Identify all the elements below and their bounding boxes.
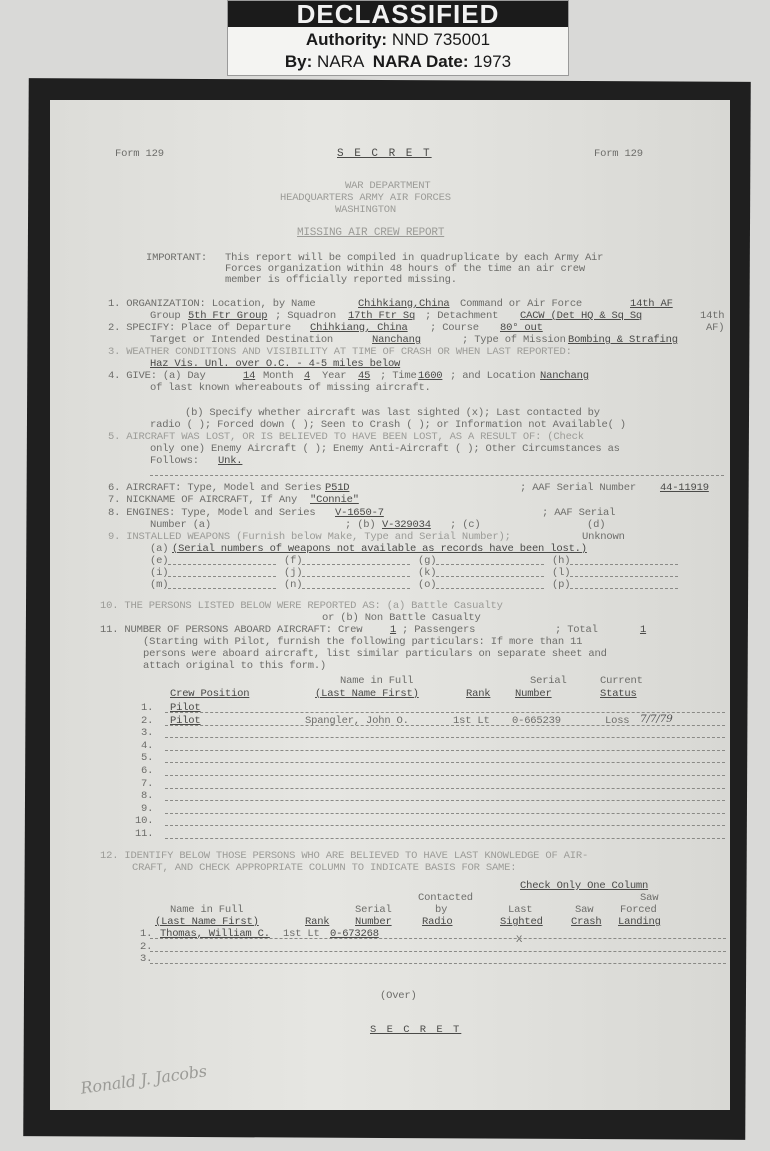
item-1-det-label: ; Detachment [425,310,498,322]
col-header: Radio [422,916,453,928]
blank-line [436,588,544,589]
item-2-type-label: ; Type of Mission [462,334,566,346]
item-4-text: of last known whereabouts of missing air… [150,382,431,394]
item-1-command: 14th AF [630,298,673,310]
item-1-squadron: 17th Ftr Sq [348,310,415,322]
weapon-slot-label: (h) [552,555,570,567]
weapon-slot-label: (e) [150,555,168,567]
item-4-month: 4 [304,370,310,382]
row-number: 10. [135,815,153,827]
weapon-slot-label: (p) [552,579,570,591]
item-11-pass-label: ; Passengers [402,624,475,636]
item-5-text: Follows: [150,455,199,467]
item-1-group-label: Group [150,310,181,322]
item-4-day: 14 [243,370,255,382]
dept-line-1: WAR DEPARTMENT [345,180,430,192]
blank-line [570,576,678,577]
col-header: Rank [466,688,490,700]
weapon-slot-label: (k) [418,567,436,579]
item-8-label: 8. ENGINES: Type, Model and Series [108,507,315,519]
blank-line [150,951,726,952]
col-header: Saw [640,892,658,904]
item-4-location: Nanchang [540,370,589,382]
weapon-slot-label: (g) [418,555,436,567]
item-8-text: (d) [587,519,605,531]
blank-line [302,564,410,565]
blank-line [165,762,725,763]
stamp-by: By: NARA NARA Date: 1973 [228,52,568,72]
row-number: 11. [135,828,153,840]
item-6-serial-label: ; AAF Serial Number [520,482,636,494]
blank-line [165,838,725,839]
classification-bottom: S E C R E T [370,1024,461,1036]
col-header: Status [600,688,637,700]
item-2-mission-type: Bombing & Strafing [568,334,678,346]
col-header: Last [508,904,532,916]
col-header: Current [600,675,643,687]
important-label: IMPORTANT: [146,252,207,264]
item-8-text: ; (b) [345,519,376,531]
item-12-label: 12. IDENTIFY BELOW THOSE PERSONS WHO ARE… [100,850,588,862]
handwritten-note: 7/7/79 [640,713,673,725]
weapon-slot-label: (n) [284,579,302,591]
row-number: 5. [141,752,153,764]
weapon-slot-label: (f) [284,555,302,567]
dept-line-3: WASHINGTON [335,204,396,216]
weapon-slot-label: (i) [150,567,168,579]
item-2-target: Nanchang [372,334,421,346]
col-header: Saw [575,904,593,916]
col-header: Landing [618,916,661,928]
item-10-label: 10. THE PERSONS LISTED BELOW WERE REPORT… [100,600,503,612]
blank-line [150,963,726,964]
blank-line [165,788,725,789]
col-header: Sighted [500,916,543,928]
item-1-detachment: CACW (Det HQ & Sq Sq [520,310,642,322]
item-6-label: 6. AIRCRAFT: Type, Model and Series [108,482,322,494]
item-4-time-label: ; Time [380,370,417,382]
blank-line [165,775,725,776]
form-number-right: Form 129 [594,148,643,160]
col-header: Serial [530,675,567,687]
item-5-text: only one) Enemy Aircraft ( ); Enemy Anti… [150,443,620,455]
blank-line [165,737,725,738]
col-header: Name in Full [340,675,413,687]
item-9-text: (a) [150,543,168,555]
col-header: Number [515,688,552,700]
col-header: Number [355,916,392,928]
item-11-note: (Starting with Pilot, furnish the follow… [143,636,582,648]
row-number: 1. [141,702,153,714]
stamp-authority: Authority: NND 735001 [228,30,568,50]
stamp-title: DECLASSIFIED [228,1,568,27]
item-4-loc-label: ; and Location [450,370,535,382]
item-11-note: persons were aboard aircraft, list simil… [143,648,607,660]
important-text: member is officially reported missing. [225,274,457,286]
col-header: by [435,904,447,916]
blank-line [570,588,678,589]
col-header: Name in Full [170,904,243,916]
row-number: 7. [141,778,153,790]
row-number: 3. [141,727,153,739]
col-header: Forced [620,904,657,916]
blank-line [570,564,678,565]
item-4-label: 4. GIVE: (a) Day [108,370,206,382]
item-11-total-label: ; Total [555,624,598,636]
weapon-slot-label: (l) [552,567,570,579]
item-3-weather: Haz Vis. Unl. over O.C. - 4-5 miles belo… [150,358,400,370]
row-number: 2. [141,715,153,727]
item-8-engine-b: V-329034 [382,519,431,531]
item-2-course-label: ; Course [430,322,479,334]
row-number: 8. [141,790,153,802]
item-7-nickname: "Connie" [310,494,359,506]
item-2-course: 80° out [500,322,543,334]
row-number: 9. [141,803,153,815]
item-3-label: 3. WEATHER CONDITIONS AND VISIBILITY AT … [108,346,572,358]
item-1-det-cont: 14th [700,310,724,322]
item-4-time: 1600 [418,370,442,382]
report-title: MISSING AIR CREW REPORT [297,227,444,239]
item-4-year-label: Year [322,370,346,382]
weapon-slot-label: (j) [284,567,302,579]
blank-line [150,938,726,939]
item-1-det-cont: AF) [706,322,724,334]
blank-line [165,825,725,826]
item-12-label: CRAFT, AND CHECK APPROPRIATE COLUMN TO I… [132,862,516,874]
col-header: Crew Position [170,688,249,700]
col-header: Contacted [418,892,473,904]
declassified-stamp: DECLASSIFIED Authority: NND 735001 By: N… [227,0,569,76]
col-header: Rank [305,916,329,928]
dept-line-2: HEADQUARTERS ARMY AIR FORCES [280,192,451,204]
col-header: (Last Name First) [155,916,259,928]
item-8-text: Number (a) [150,519,211,531]
blank-line [165,725,725,726]
item-5-label: 5. AIRCRAFT WAS LOST, OR IS BELIEVED TO … [108,431,584,443]
item-11-total: 1 [640,624,646,636]
item-1-label: 1. ORGANIZATION: Location, by Name [108,298,315,310]
weapon-slot-label: (o) [418,579,436,591]
item-9-weapons: (Serial numbers of weapons not available… [172,543,587,555]
item-9-label: 9. INSTALLED WEAPONS (Furnish below Make… [108,531,511,543]
blank-line [302,588,410,589]
col-header: Crash [571,916,602,928]
item-6-aircraft-type: P51D [325,482,349,494]
item-4b-text: radio ( ); Forced down ( ); Seen to Cras… [150,419,626,431]
item-10-text: or (b) Non Battle Casualty [322,612,481,624]
item-4-year: 45 [358,370,370,382]
item-1-sq-label: ; Squadron [275,310,336,322]
row-number: 6. [141,765,153,777]
item-11-note: attach original to this form.) [143,660,326,672]
item-6-serial: 44-11919 [660,482,709,494]
item-8-serial-label: ; AAF Serial [542,507,615,519]
blank-line [165,800,725,801]
blank-line [436,576,544,577]
item-8-text: ; (c) [450,519,481,531]
item-11-crew: 1 [390,624,396,636]
classification-top: S E C R E T [337,148,432,160]
row-number: 4. [141,740,153,752]
weapon-slot-label: (m) [150,579,168,591]
item-2-target-label: Target or Intended Destination [150,334,333,346]
item-2-label: 2. SPECIFY: Place of Departure [108,322,291,334]
blank-line [168,576,276,577]
item-1-location: Chihkiang,China [358,298,450,310]
item-8-engine: V-1650-7 [335,507,384,519]
over-note: (Over) [380,990,417,1002]
blank-line [150,475,724,476]
item-11-label: 11. NUMBER OF PERSONS ABOARD AIRCRAFT: C… [100,624,362,636]
col-header: Serial [355,904,392,916]
last-sighted-mark: X [516,934,522,946]
blank-line [436,564,544,565]
item-5-value: Unk. [218,455,242,467]
col-header: (Last Name First) [315,688,419,700]
form-number-left: Form 129 [115,148,164,160]
blank-line [165,813,725,814]
blank-line [168,588,276,589]
item-1-group: 5th Ftr Group [188,310,267,322]
blank-line [168,564,276,565]
item-9-unknown: Unknown [582,531,625,543]
item-7-label: 7. NICKNAME OF AIRCRAFT, If Any [108,494,297,506]
item-4b-text: (b) Specify whether aircraft was last si… [185,407,600,419]
item-2-place: Chihkiang, China [310,322,408,334]
item-1-cmd-label: Command or Air Force [460,298,582,310]
blank-line [165,750,725,751]
check-one-column: Check Only One Column [520,880,648,892]
item-4-month-label: Month [263,370,294,382]
blank-line [302,576,410,577]
